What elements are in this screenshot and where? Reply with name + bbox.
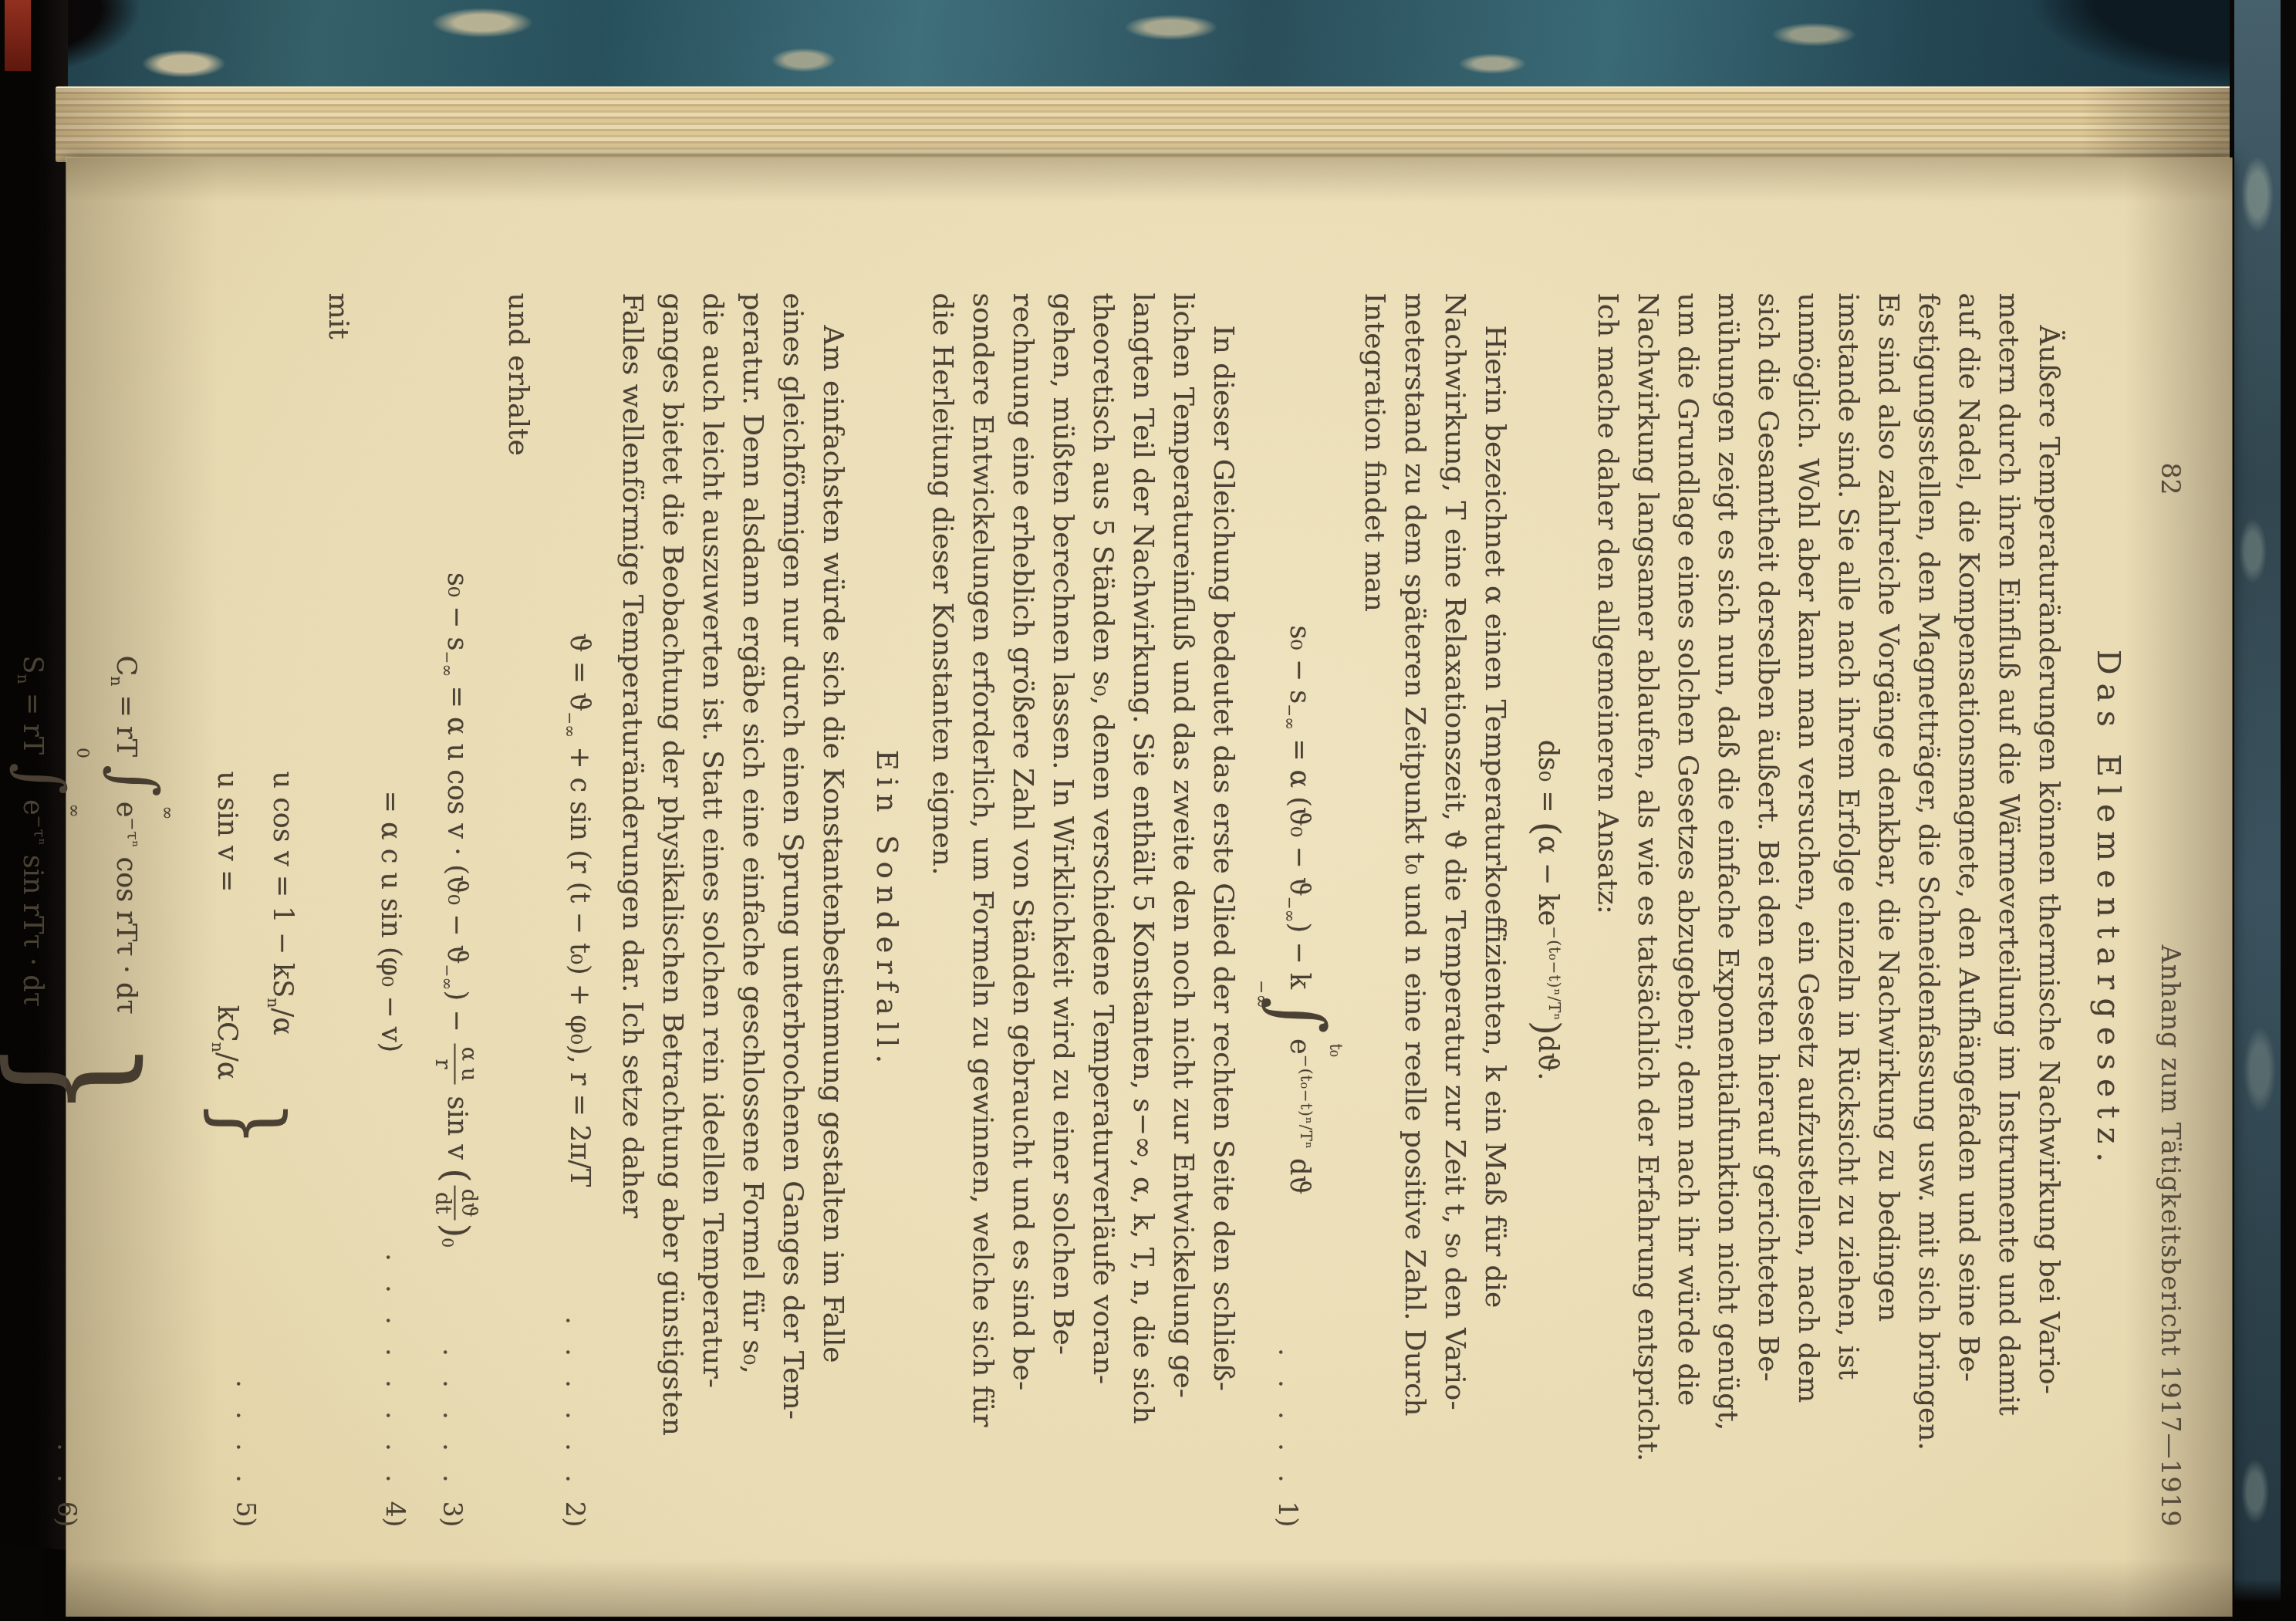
subscript: n — [208, 1042, 226, 1052]
connector-text: und erhalte — [497, 293, 537, 1528]
formula-token: s₀ − s — [441, 572, 471, 651]
integral-lower-limit: 0 — [73, 748, 89, 758]
text-line: langten Teil der Nachwirkung. Sie enthäl… — [1122, 293, 1162, 1528]
formula-token: dϑ. — [1532, 1035, 1563, 1081]
equation-number: 1) — [1272, 1501, 1302, 1528]
text-line: mühungen zeigt es sich nun, daß die einf… — [1707, 293, 1747, 1528]
formula-token: ) − k — [1284, 923, 1315, 989]
text-line: festigungsstellen, den Magnetträger, die… — [1908, 293, 1948, 1528]
paragraph-2: Hierin bezeichnet α einen Temperaturkoef… — [1353, 293, 1514, 1528]
formula-token: = rT — [110, 686, 141, 757]
formula-token: dϑ — [1284, 1150, 1315, 1195]
page-number: 82 — [2150, 463, 2190, 495]
formula-2: ϑ = ϑ−∞ + c sin (r (t − t₀) + φ₀), r = 2… — [549, 293, 599, 1528]
paragraph-3: In dieser Gleichung bedeutet das erste G… — [921, 293, 1242, 1528]
formula-token: kCn/α — [194, 900, 249, 1079]
text-line: eines gleichförmigen nur durch einen Spr… — [772, 293, 812, 1528]
brace: } — [5, 1039, 151, 1118]
equation-number: 3) — [437, 1501, 467, 1528]
formula-5: u cos v = 1 − kSn/α u sin v = kCn/α } . … — [194, 772, 305, 1528]
formula-token: = α u cos v · (ϑ₀ − ϑ — [441, 677, 471, 964]
formula-elementary-law: ds₀ = (α − ke−(t₀−t)ⁿ/Tⁿ)dϑ. — [1526, 293, 1574, 1528]
formula-body: s₀ − s−∞ = α u cos v · (ϑ₀ − ϑ−∞) − α ur… — [427, 572, 480, 1248]
subscript: −∞ — [437, 650, 456, 677]
formula-token: e — [1284, 1038, 1315, 1055]
subscript: −∞ — [1281, 897, 1299, 923]
page-edges-stack — [56, 86, 2233, 162]
cover-corner-red-accent — [5, 0, 31, 71]
text-line: metern durch ihren Einfluß auf die Wärme… — [1988, 293, 2028, 1528]
formula-token: ds₀ = — [1532, 740, 1563, 822]
equation-number: 6) — [52, 1501, 82, 1528]
text-line: sich die Gesamtheit derselben äußert. Be… — [1747, 293, 1788, 1528]
equation-line: Cn = rT∫∞0e−τⁿ cos rTτ · dτ — [78, 656, 171, 1015]
text-line: die Herleitung dieser Konstanten eignen. — [921, 293, 961, 1528]
text-line: Es sind also zahlreiche Vorgänge denkbar… — [1868, 293, 1908, 1528]
integral: ∫t₀−∞ — [1262, 997, 1333, 1034]
equation-number: 2) — [559, 1501, 589, 1528]
text-line: Äußere Temperaturänderungen können therm… — [2028, 293, 2068, 1528]
text-line: Hierin bezeichnet α einen Temperaturkoef… — [1474, 293, 1514, 1528]
fraction: α ur — [430, 1044, 480, 1085]
formula-token: = α (ϑ₀ − ϑ — [1284, 730, 1315, 897]
text-line: Ich mache daher den allgemeineren Ansatz… — [1587, 293, 1627, 1528]
text-line: meterstand zu dem späteren Zeitpunkt t₀ … — [1393, 293, 1433, 1528]
formula-token: u cos v = 1 − kS — [266, 772, 297, 998]
formula-token: + c sin (r (t − t₀) + φ₀), r = 2π/T — [563, 738, 594, 1187]
dot-leader: . . . . — [230, 1380, 260, 1490]
formula-token: = rT — [17, 684, 48, 755]
integral-upper-limit: t₀ — [1325, 1043, 1342, 1057]
subscript: −∞ — [437, 964, 456, 991]
integral-upper-limit: ∞ — [157, 805, 174, 819]
page-content: 82 Anhang zum Tätigkeitsbericht 1917—191… — [66, 158, 2233, 1617]
formula-token: e — [110, 802, 141, 818]
fraction-denominator: dt — [430, 1186, 454, 1221]
equation-tail: . . . . .3) — [431, 1348, 471, 1527]
text-line: ganges bietet die Beobachtung der physik… — [651, 293, 691, 1528]
equation-number: 5) — [230, 1501, 260, 1528]
subscript: −∞ — [560, 711, 579, 738]
subscript: n — [263, 998, 282, 1008]
dot-leader: . . . . . — [1272, 1348, 1302, 1490]
equation-line: u sin v = kCn/α — [194, 772, 249, 1080]
formula-token: e — [17, 799, 48, 816]
paragraph-4: Am einfachsten würde sich die Konstanten… — [611, 293, 852, 1528]
brace: } — [207, 1100, 292, 1147]
dot-leader: . . . . . . . . — [380, 1253, 410, 1490]
formula-body: s₀ − s−∞ = α (ϑ₀ − ϑ−∞) − k∫t₀−∞e−(t₀−t)… — [1262, 626, 1333, 1195]
integral: ∫∞0 — [0, 762, 72, 795]
formula-token: ϑ = ϑ — [563, 633, 594, 712]
text-line: um die Grundlage eines solchen Gesetzes … — [1667, 293, 1707, 1528]
equation-system: u cos v = 1 − kSn/α u sin v = kCn/α — [194, 772, 305, 1080]
integral-sign: ∫ — [10, 762, 72, 795]
fraction-numerator: α u — [454, 1044, 480, 1085]
equation-system: Cn = rT∫∞0e−τⁿ cos rTτ · dτ Sn = rT∫∞0e−… — [0, 656, 171, 1015]
equation-tail: . . . . . . . .4) — [374, 1253, 414, 1527]
subscript: −∞ — [1281, 704, 1299, 730]
formula-token: = α c u sin (φ₀ − v) — [374, 791, 405, 1053]
equation-tail: . . . . .1) — [1267, 1348, 1307, 1527]
text-line: In dieser Gleichung bedeutet das erste G… — [1202, 293, 1242, 1528]
dot-leader: . . — [52, 1443, 82, 1490]
paren-open: ( — [1525, 822, 1568, 836]
formula-token: s₀ − s — [1284, 626, 1315, 704]
text-line: gehen, müßten berechnen lassen. In Wirkl… — [1042, 293, 1082, 1528]
running-title: Anhang zum Tätigkeitsbericht 1917—1919 — [2150, 945, 2190, 1528]
integral-upper-limit: ∞ — [64, 804, 81, 818]
formula-token: /α — [211, 1052, 241, 1079]
paren-close: ) — [434, 1224, 477, 1238]
paren-close: ) — [1525, 1021, 1568, 1035]
spine-cloth — [2234, 0, 2281, 1621]
scanned-book-photo: { "colors":{ "paper":"#e9dcb4","ink":"#4… — [0, 0, 2296, 1621]
formula-body: ϑ = ϑ−∞ + c sin (r (t − t₀) + φ₀), r = 2… — [549, 633, 599, 1187]
equation-tail: . .6) — [46, 1443, 86, 1527]
equation-tail: . . . . . .2) — [554, 1316, 594, 1527]
paren-open: ( — [434, 1168, 477, 1182]
exponent: −(t₀−t)ⁿ/Tⁿ — [1296, 1055, 1315, 1150]
integral-lower-limit: −∞ — [1251, 980, 1268, 1008]
formula-token: sin v — [441, 1087, 471, 1168]
equation-number: 4) — [380, 1501, 410, 1528]
formula-6: Cn = rT∫∞0e−τⁿ cos rTτ · dτ Sn = rT∫∞0e−… — [0, 656, 171, 1528]
equation-line: Sn = rT∫∞0e−τⁿ sin rTτ · dτ — [0, 656, 78, 1015]
integral-sign: ∫ — [103, 765, 165, 797]
exponent: −τⁿ — [123, 817, 141, 848]
text-line: Nachwirkung langsamer ablaufen, als wie … — [1627, 293, 1667, 1528]
formula-token: /α — [266, 1008, 297, 1035]
subscript: 0 — [437, 1238, 456, 1248]
chapter-title: Das Elementargesetz. — [2088, 293, 2129, 1528]
formula-token: kC — [211, 1005, 241, 1042]
text-line: Integration findet man — [1353, 293, 1393, 1528]
connector-text: mit — [317, 293, 357, 1528]
text-line: die auch leicht auszuwerten ist. Statt e… — [691, 293, 731, 1528]
dot-leader: . . . . . — [437, 1348, 467, 1490]
marbled-cover-top — [0, 0, 2296, 91]
formula-token: sin rTτ · dτ — [17, 846, 48, 1008]
exponent: −(t₀−t)ⁿ/Tⁿ — [1545, 926, 1564, 1021]
integral-sign: ∫ — [1262, 997, 1333, 1034]
formula-4: = α c u sin (φ₀ − v) . . . . . . . .4) — [370, 791, 410, 1528]
formula-token: u sin v = — [211, 772, 241, 901]
text-line: Am einfachsten würde sich die Konstanten… — [812, 293, 852, 1528]
text-line: Nachwirkung, T eine Relaxationszeit, ϑ d… — [1433, 293, 1474, 1528]
formula-token: cos rTτ · dτ — [110, 848, 141, 1014]
formula-token: C — [110, 656, 141, 677]
formula-1: s₀ − s−∞ = α (ϑ₀ − ϑ−∞) − k∫t₀−∞e−(t₀−t)… — [1262, 293, 1333, 1528]
text-line: theoretisch aus 5 Ständen s₀, denen vers… — [1082, 293, 1122, 1528]
text-line: rechnung eine erheblich größere Zahl von… — [1001, 293, 1042, 1528]
fraction: dϑdt — [430, 1186, 480, 1221]
book-page: 82 Anhang zum Tätigkeitsbericht 1917—191… — [66, 158, 2233, 1617]
text-line: lichen Temperatureinfluß und das zweite … — [1162, 293, 1202, 1528]
equation-tail: . . . .5) — [225, 1380, 265, 1527]
paragraph-1: Äußere Temperaturänderungen können therm… — [1587, 293, 2068, 1528]
fraction-numerator: dϑ — [454, 1186, 480, 1221]
integral: ∫∞0 — [83, 765, 165, 797]
subscript: n — [14, 674, 32, 684]
formula-token: α − ke — [1532, 836, 1563, 926]
text-line: auf die Nadel, die Kompensationsmagnete,… — [1948, 293, 1988, 1528]
page-header: 82 Anhang zum Tätigkeitsbericht 1917—191… — [2155, 293, 2190, 1528]
formula-3: s₀ − s−∞ = α u cos v · (ϑ₀ − ϑ−∞) − α ur… — [427, 293, 480, 1528]
exponent: −τⁿ — [30, 816, 49, 846]
equation-line: u cos v = 1 − kSn/α — [249, 772, 305, 1080]
section-heading: Ein Sonderfall. — [866, 293, 906, 1528]
formula-token: ) − — [441, 990, 471, 1040]
fraction-denominator: r — [430, 1044, 454, 1085]
text-line: Falles wellenförmige Temperaturänderunge… — [611, 293, 651, 1528]
dot-leader: . . . . . . — [559, 1316, 589, 1490]
text-line: peratur. Denn alsdann ergäbe sich eine e… — [731, 293, 772, 1528]
text-line: sondere Entwickelungen erforderlich, um … — [961, 293, 1001, 1528]
text-line: imstande sind. Sie alle nach ihrem Erfol… — [1828, 293, 1868, 1528]
subscript: n — [107, 676, 126, 686]
text-line: unmöglich. Wohl aber kann man versuchen,… — [1788, 293, 1828, 1528]
formula-token: S — [17, 656, 48, 674]
